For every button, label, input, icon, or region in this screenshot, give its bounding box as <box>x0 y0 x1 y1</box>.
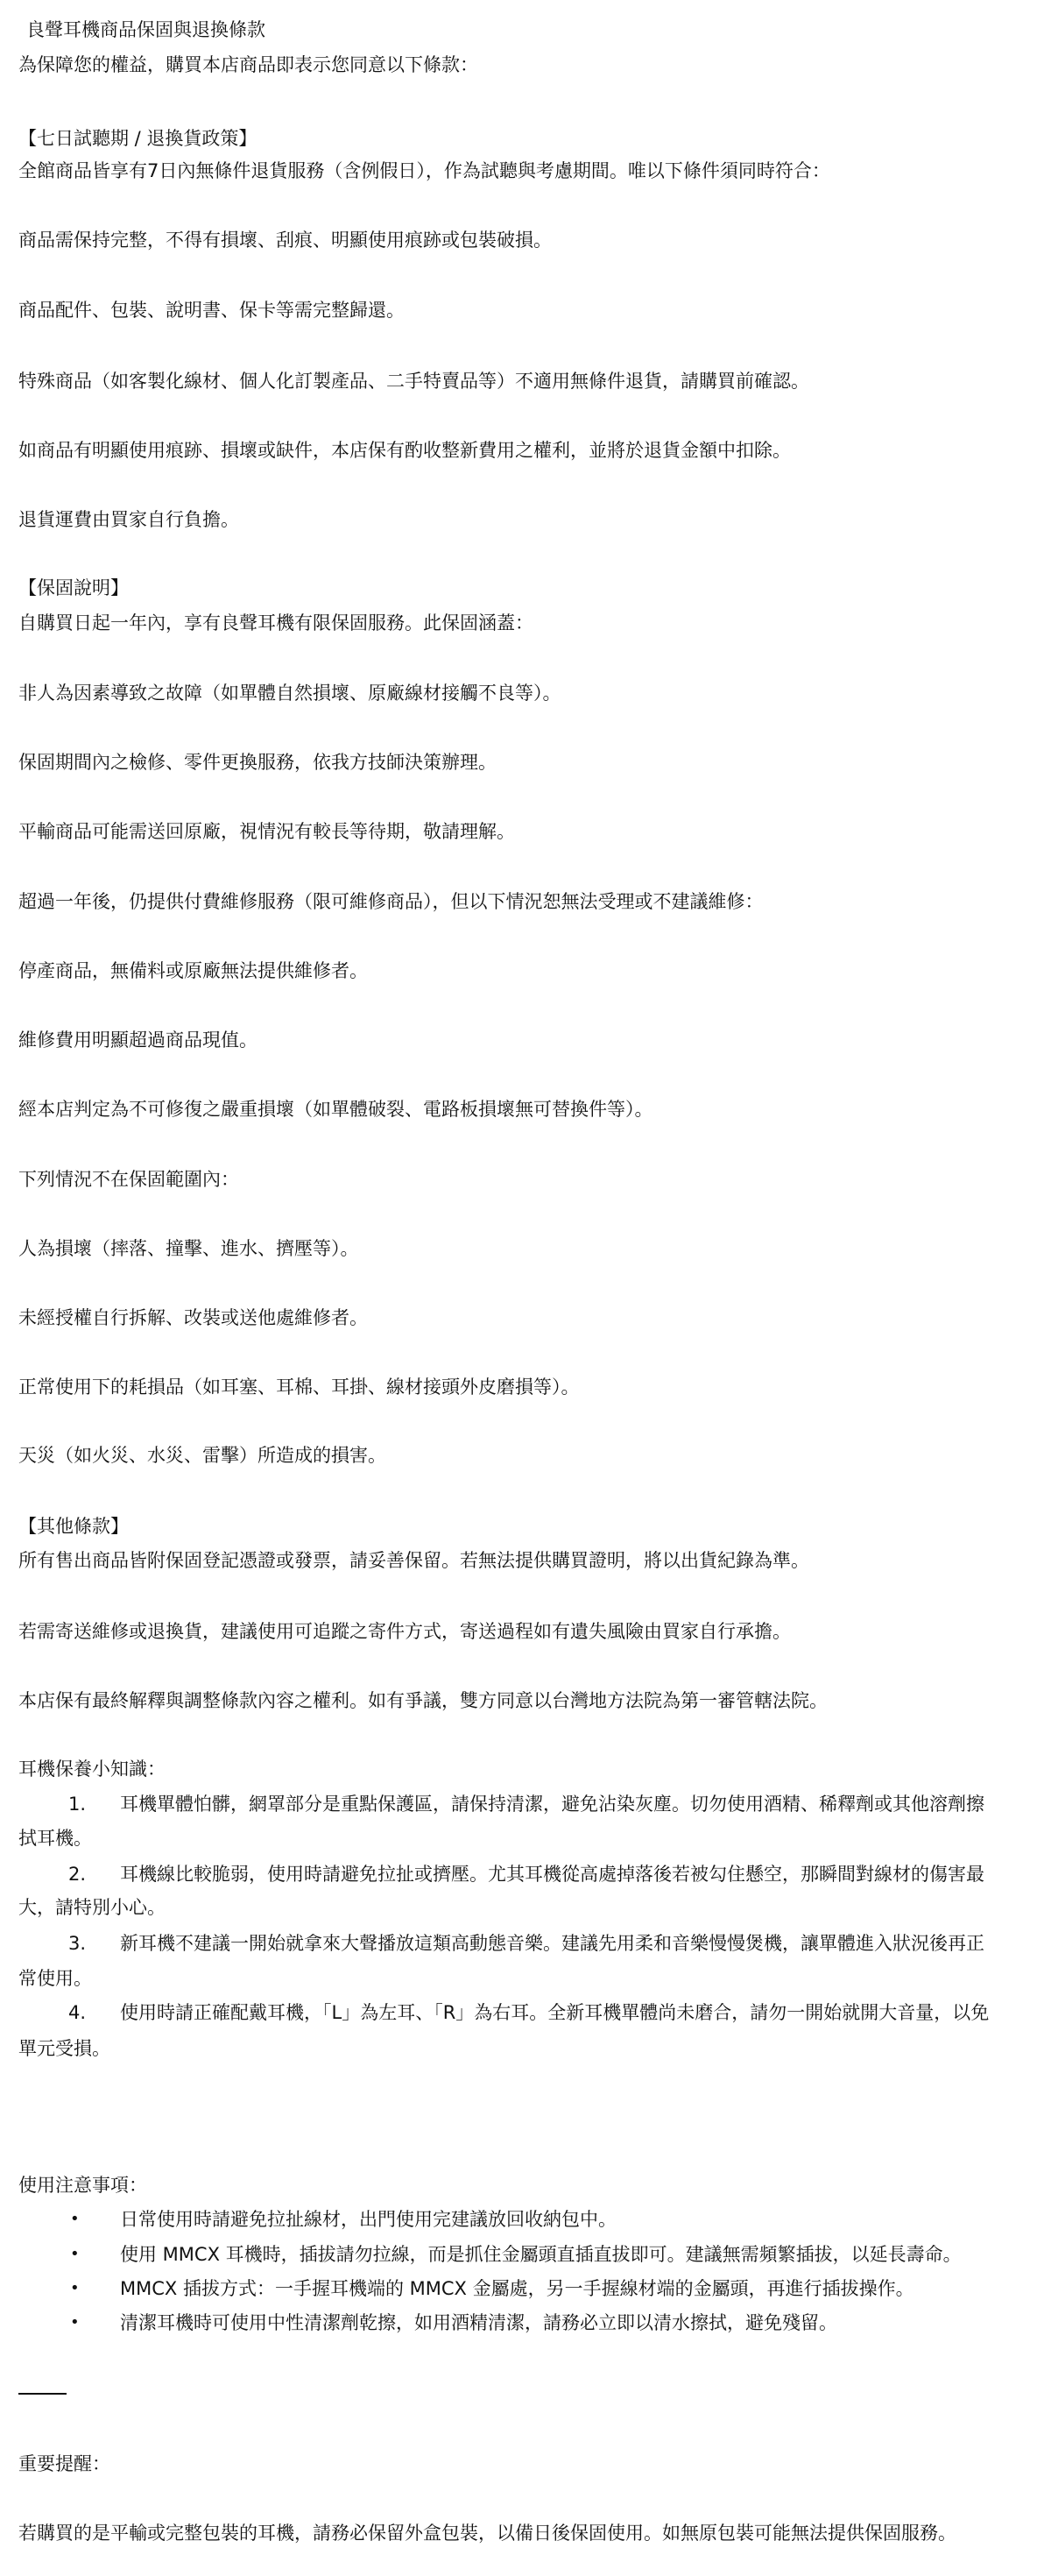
care-tip-text-continued: 拭耳機。 <box>18 1824 92 1852</box>
return-condition-item: 如商品有明顯使用痕跡、損壞或缺件，本店保有酌收整新費用之權利，並將於退貨金額中扣… <box>18 436 791 464</box>
warranty-coverage-item: 保固期間內之檢修、零件更換服務，依我方技師決策辦理。 <box>18 748 497 776</box>
exclusion-item: 未經授權自行拆解、改裝或送他處維修者。 <box>18 1304 368 1332</box>
exclusion-item: 人為損壞（摔落、撞擊、進水、擠壓等）。 <box>18 1235 359 1263</box>
care-tip-text: 使用時請正確配戴耳機，「L」為左耳、「R」為右耳。全新耳機單體尚未磨合，請勿一開… <box>120 1999 989 2027</box>
reminder-text: 若購買的是平輸或完整包裝的耳機，請務必保留外盒包裝，以備日後保固使用。如無原包裝… <box>18 2519 956 2547</box>
warranty-coverage-item: 平輸商品可能需送回原廠，視情況有較長等待期，敬請理解。 <box>18 817 515 846</box>
return-condition-item: 退貨運費由買家自行負擔。 <box>18 506 239 534</box>
warranty-lead: 自購買日起一年內，享有良聲耳機有限保固服務。此保固涵蓋： <box>18 609 533 637</box>
section-heading-return-policy: 【七日試聽期 / 退換貨政策】 <box>18 124 257 152</box>
care-tip-text: 新耳機不建議一開始就拿來大聲播放這類高動態音樂。建議先用柔和音樂慢慢煲機，讓單體… <box>120 1929 984 1957</box>
care-tip-text-continued: 大，請特別小心。 <box>18 1893 166 1921</box>
other-term-item: 所有售出商品皆附保固登記憑證或發票，請妥善保留。若無法提供購買證明，將以出貨紀錄… <box>18 1546 809 1575</box>
other-term-item: 若需寄送維修或退換貨，建議使用可追蹤之寄件方式，寄送過程如有遺失風險由買家自行承… <box>18 1617 791 1645</box>
care-tip-text-continued: 常使用。 <box>18 1964 92 1992</box>
usage-notes-heading: 使用注意事項： <box>18 2171 147 2199</box>
paid-repair-item: 維修費用明顯超過商品現值。 <box>18 1026 257 1054</box>
list-number: 1. <box>68 1790 86 1818</box>
care-tip-text-continued: 單元受損。 <box>18 2035 110 2063</box>
usage-note-text: 日常使用時請避免拉扯線材，出門使用完建議放回收納包中。 <box>120 2205 617 2233</box>
return-condition-item: 商品配件、包裝、說明書、保卡等需完整歸還。 <box>18 296 405 324</box>
usage-note-text: MMCX 插拔方式：一手握耳機端的 MMCX 金屬處，另一手握線材端的金屬頭，再… <box>120 2275 914 2303</box>
bullet-icon: • <box>70 2275 80 2303</box>
bullet-icon: • <box>70 2240 80 2268</box>
warranty-coverage-item: 非人為因素導致之故障（如單體自然損壞、原廠線材接觸不良等）。 <box>18 679 561 707</box>
intro-text: 為保障您的權益，購買本店商品即表示您同意以下條款： <box>18 51 478 79</box>
return-policy-lead: 全館商品皆享有7日內無條件退貨服務（含例假日），作為試聽與考慮期間。唯以下條件須… <box>18 157 830 185</box>
other-term-item: 本店保有最終解釋與調整條款內容之權利。如有爭議，雙方同意以台灣地方法院為第一審管… <box>18 1687 828 1715</box>
list-number: 4. <box>68 1999 86 2027</box>
paid-repair-lead: 超過一年後，仍提供付費維修服務（限可維修商品），但以下情況恕無法受理或不建議維修… <box>18 888 764 916</box>
usage-note-text: 清潔耳機時可使用中性清潔劑乾擦，如用酒精清潔，請務必立即以清水擦拭，避免殘留。 <box>120 2309 837 2337</box>
horizontal-divider <box>18 2393 67 2395</box>
paid-repair-item: 經本店判定為不可修復之嚴重損壞（如單體破裂、電路板損壞無可替換件等）。 <box>18 1095 653 1123</box>
exclusion-item: 正常使用下的耗損品（如耳塞、耳棉、耳掛、線材接頭外皮磨損等）。 <box>18 1373 580 1401</box>
exclusions-lead: 下列情況不在保固範圍內： <box>18 1165 239 1193</box>
page-title: 良聲耳機商品保固與退換條款 <box>26 16 265 44</box>
care-tips-heading: 耳機保養小知識： <box>18 1755 166 1783</box>
return-condition-item: 商品需保持完整，不得有損壞、刮痕、明顯使用痕跡或包裝破損。 <box>18 226 552 254</box>
care-tip-text: 耳機單體怕髒，網罩部分是重點保護區，請保持清潔，避免沾染灰塵。切勿使用酒精、稀釋… <box>120 1790 984 1818</box>
list-number: 3. <box>68 1929 86 1957</box>
section-heading-other-terms: 【其他條款】 <box>18 1512 129 1540</box>
usage-note-text: 使用 MMCX 耳機時，插拔請勿拉線，而是抓住金屬頭直插直拔即可。建議無需頻繁插… <box>120 2240 962 2268</box>
paid-repair-item: 停產商品，無備料或原廠無法提供維修者。 <box>18 957 368 985</box>
bullet-icon: • <box>70 2205 80 2233</box>
list-number: 2. <box>68 1860 86 1888</box>
return-condition-item: 特殊商品（如客製化線材、個人化訂製產品、二手特賣品等）不適用無條件退貨，請購買前… <box>18 367 809 395</box>
reminder-heading: 重要提醒： <box>18 2450 110 2478</box>
care-tip-text: 耳機線比較脆弱，使用時請避免拉扯或擠壓。尤其耳機從高處掉落後若被勾住懸空，那瞬間… <box>120 1860 984 1888</box>
bullet-icon: • <box>70 2309 80 2337</box>
section-heading-warranty: 【保固說明】 <box>18 574 129 602</box>
exclusion-item: 天災（如火災、水災、雷擊）所造成的損害。 <box>18 1441 386 1469</box>
